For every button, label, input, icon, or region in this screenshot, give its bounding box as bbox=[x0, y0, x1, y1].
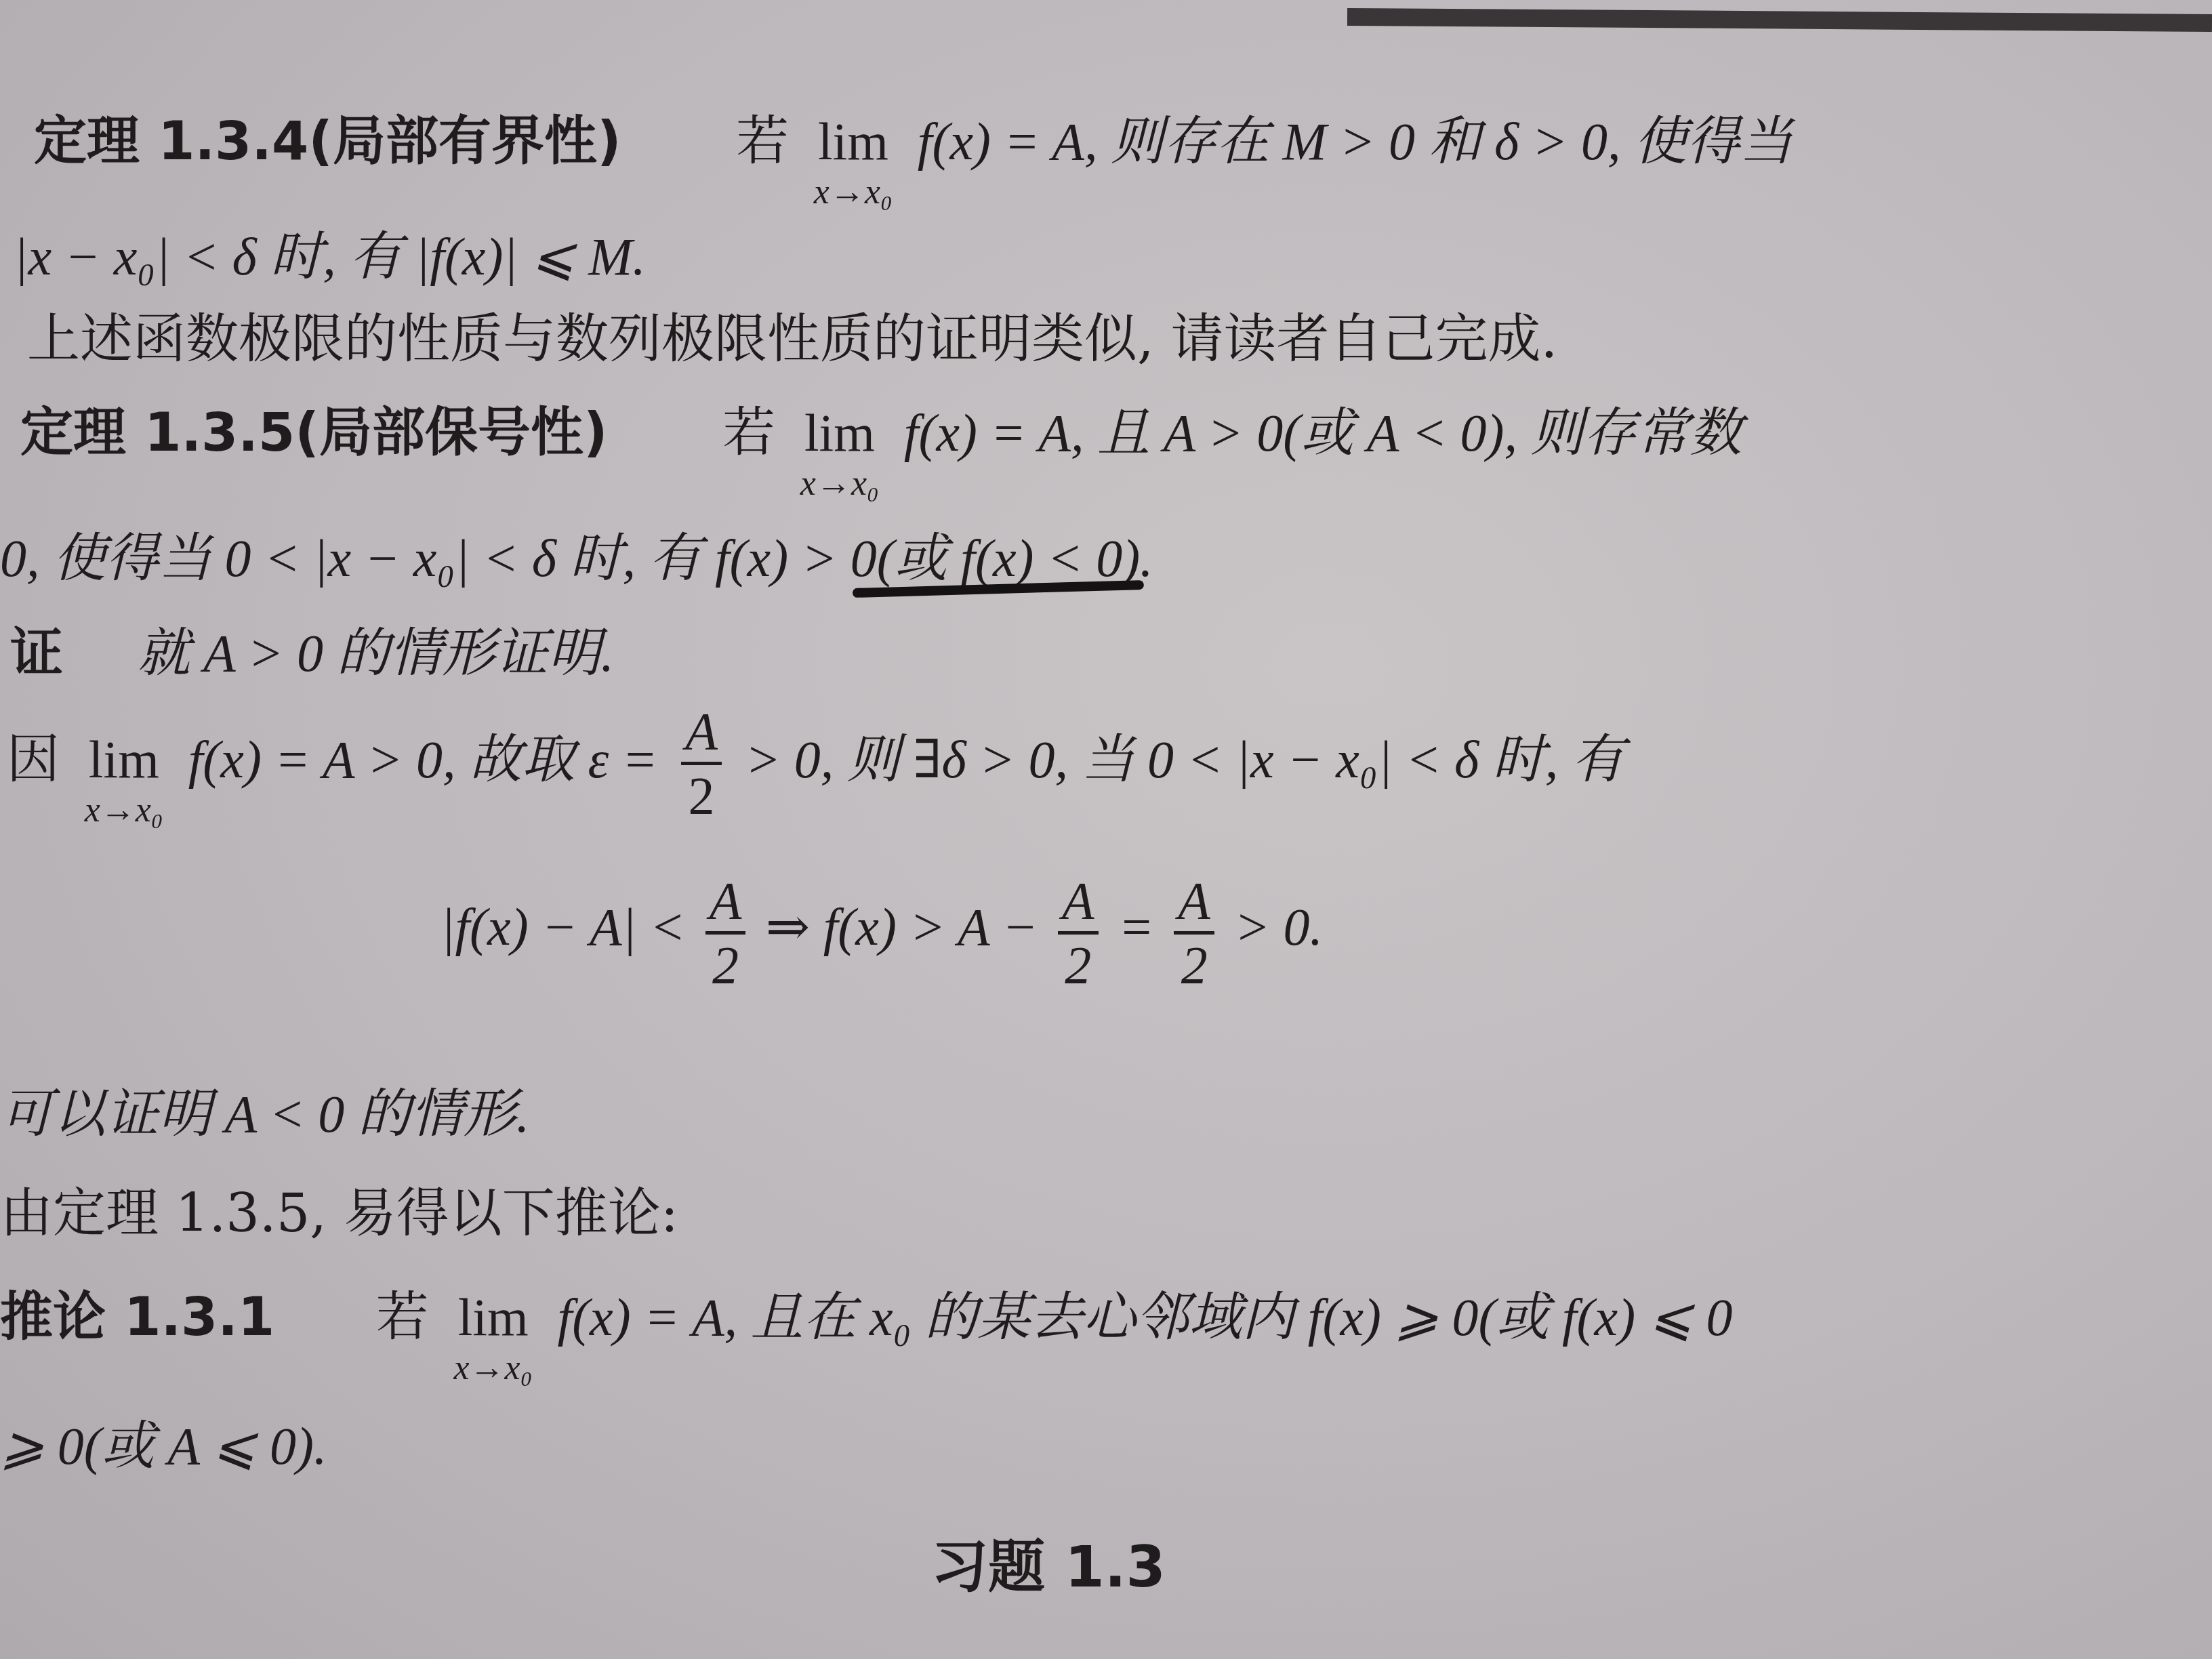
corollary-1-3-1: 推论 1.3.1 若 lim x→x₀ f(x) = A, 且在 x₀ 的某去心… bbox=[0, 1291, 1732, 1344]
proof-closing: 可以证明 A < 0 的情形. bbox=[0, 1088, 529, 1141]
fraction-a-over-2: A 2 bbox=[681, 705, 722, 822]
theorem-1-3-4: 定理 1.3.4(局部有界性) 若 lim x→x₀ f(x) = A, 则存在… bbox=[34, 115, 1793, 168]
if-word: 若 bbox=[722, 403, 775, 464]
fraction-a-over-2: A2 bbox=[1174, 874, 1214, 991]
theorem-1-3-4-line2: |x − x₀| < δ 时, 有 |f(x)| ⩽ M. bbox=[14, 230, 646, 283]
fraction-a-over-2: A2 bbox=[1058, 874, 1099, 991]
display-equation: |f(x) − A| < A2 ⇒ f(x) > A − A2 = A2 > 0… bbox=[441, 874, 1323, 991]
corollary-line2: ⩾ 0(或 A ⩽ 0). bbox=[0, 1420, 327, 1473]
limit-operator: lim x→x₀ bbox=[804, 407, 875, 459]
theorem-expr: f(x) = A, 则存在 M > 0 和 δ > 0, 使得当 bbox=[918, 112, 1793, 171]
section-title: 习题 1.3 bbox=[931, 1538, 1166, 1595]
theorem-1-3-5-line2: 0, 使得当 0 < |x − x₀| < δ 时, 有 f(x) > 0(或 … bbox=[0, 532, 1153, 585]
theorem-label: 定理 1.3.5(局部保号性) bbox=[20, 403, 608, 464]
fraction-a-over-2: A2 bbox=[705, 874, 746, 991]
theorem-expr: f(x) = A, 且 A > 0(或 A < 0), 则存常数 bbox=[904, 403, 1742, 462]
theorem-label: 定理 1.3.4(局部有界性) bbox=[34, 111, 621, 172]
proof-intro: 证 就 A > 0 的情形证明. bbox=[10, 627, 614, 680]
corollary-label: 推论 1.3.1 bbox=[0, 1287, 274, 1348]
underlined-conclusion: f(x) > 0 bbox=[715, 529, 877, 588]
limit-operator: lim x→x₀ bbox=[89, 733, 159, 786]
proof-label: 证 bbox=[10, 623, 63, 684]
remark-text: 上述函数极限的性质与数列极限性质的证明类似, 请读者自己完成. bbox=[27, 313, 1557, 366]
limit-operator: lim x→x₀ bbox=[818, 115, 888, 168]
theorem-1-3-5: 定理 1.3.5(局部保号性) 若 lim x→x₀ f(x) = A, 且 A… bbox=[20, 407, 1742, 459]
header-rule bbox=[1347, 8, 2212, 32]
proof-step-1: 因 lim x→x₀ f(x) = A > 0, 故取 ε = A 2 > 0,… bbox=[7, 705, 1624, 822]
corollary-intro: 由定理 1.3.5, 易得以下推论: bbox=[0, 1187, 678, 1240]
if-word: 若 bbox=[736, 111, 789, 172]
limit-operator: lim x→x₀ bbox=[458, 1291, 529, 1344]
